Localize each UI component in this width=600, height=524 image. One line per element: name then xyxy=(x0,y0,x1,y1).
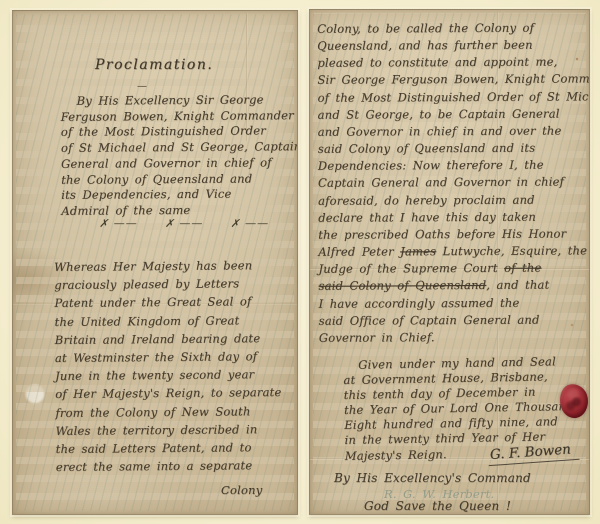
handwritten-line: of Her Majesty's Reign, to separate xyxy=(55,383,281,403)
handwritten-line: Ferguson Bowen, Knight Commander xyxy=(61,108,298,125)
handwritten-line: the prescribed Oaths before His Honor xyxy=(318,225,590,244)
handwritten-line: Captain General and Governor in chief xyxy=(318,174,590,193)
handwritten-line: Sir George Ferguson Bowen, Knight Comman… xyxy=(317,71,590,90)
proclamation-body-paragraph: Colony, to be called the Colony of Queen… xyxy=(317,19,590,347)
closing-line: God Save the Queen ! xyxy=(364,499,511,513)
struck-text: James xyxy=(400,244,436,258)
handwritten-line: erect the same into a separate xyxy=(56,456,282,476)
handwritten-line: of the Most Distinguished Order of St Mi… xyxy=(318,88,590,107)
handwritten-line: Wales the territory described in xyxy=(55,420,281,440)
handwritten-line-with-correction: Alfred Peter James Lutwyche, Esquire, th… xyxy=(318,242,590,261)
handwritten-line: the said Letters Patent, and to xyxy=(56,438,282,458)
handwritten-line: from the Colony of New South xyxy=(55,402,281,422)
line-text: Alfred Peter xyxy=(318,244,400,258)
separator-marks: ✗ —— ✗ —— ✗ —— xyxy=(99,217,269,230)
handwritten-line: the Colony of Queensland and xyxy=(61,171,298,188)
handwritten-line-with-correction: said Colony of Queensland, and that xyxy=(318,277,590,296)
handwritten-line: and Governor in chief in and over the xyxy=(318,122,590,141)
handwritten-line: pleased to constitute and appoint me, xyxy=(317,54,590,73)
whereas-paragraph: Whereas Her Majesty has been graciously … xyxy=(54,256,282,476)
handwritten-line: June in the twenty second year xyxy=(55,365,281,385)
handwritten-line: Britain and Ireland bearing date xyxy=(55,329,281,349)
handwritten-line: graciously pleased by Letters xyxy=(54,274,280,294)
handwritten-line: I have accordingly assumed the xyxy=(319,294,590,313)
opening-address-paragraph: By His Excellency Sir George Ferguson Bo… xyxy=(61,92,298,219)
line-text: , and that xyxy=(486,278,549,292)
handwritten-line: said Office of Captain General and xyxy=(319,311,590,330)
handwritten-line: of St Michael and St George, Captain xyxy=(61,139,298,156)
command-line: By His Excellency's Command xyxy=(334,471,531,485)
handwritten-line: Queensland, and has further been xyxy=(317,36,590,55)
manuscript-photo: Proclamation. — By His Excellency Sir Ge… xyxy=(0,0,600,524)
handwritten-line: said Colony of Queensland and its xyxy=(318,139,590,158)
handwritten-line: the United Kingdom of Great xyxy=(55,311,281,331)
handwritten-line: of the Most Distinguished Order xyxy=(61,124,298,141)
title-flourish: — xyxy=(137,81,147,92)
handwritten-line-with-correction: Judge of the Supreme Court of the xyxy=(318,259,590,278)
line-text: Judge of the Supreme Court xyxy=(318,261,504,276)
line-text: Lutwyche, Esquire, the xyxy=(436,243,587,258)
catchword: Colony xyxy=(221,483,262,497)
handwritten-line: aforesaid, do hereby proclaim and xyxy=(318,191,590,210)
handwritten-line: and St George, to be Captain General xyxy=(318,105,590,124)
document-title: Proclamation. xyxy=(95,57,213,73)
handwritten-line: at Westminster the Sixth day of xyxy=(55,347,281,367)
left-page: Proclamation. — By His Excellency Sir Ge… xyxy=(12,10,298,515)
handwritten-line: Dependencies: Now therefore I, the xyxy=(318,156,590,175)
handwritten-line: declare that I have this day taken xyxy=(318,208,590,227)
handwritten-line: By His Excellency Sir George xyxy=(61,92,298,109)
struck-text: said Colony of Queensland xyxy=(319,278,487,293)
right-page: Colony, to be called the Colony of Queen… xyxy=(309,9,590,515)
handwritten-line: General and Governor in chief of xyxy=(61,155,298,172)
handwritten-line: Colony, to be called the Colony of xyxy=(317,19,590,38)
handwritten-line: Patent under the Great Seal of xyxy=(54,292,280,312)
handwritten-line: its Dependencies, and Vice xyxy=(61,186,298,203)
struck-text: of the xyxy=(504,261,541,275)
handwritten-line: Governor in Chief. xyxy=(319,328,590,347)
handwritten-line: Whereas Her Majesty has been xyxy=(54,256,280,276)
